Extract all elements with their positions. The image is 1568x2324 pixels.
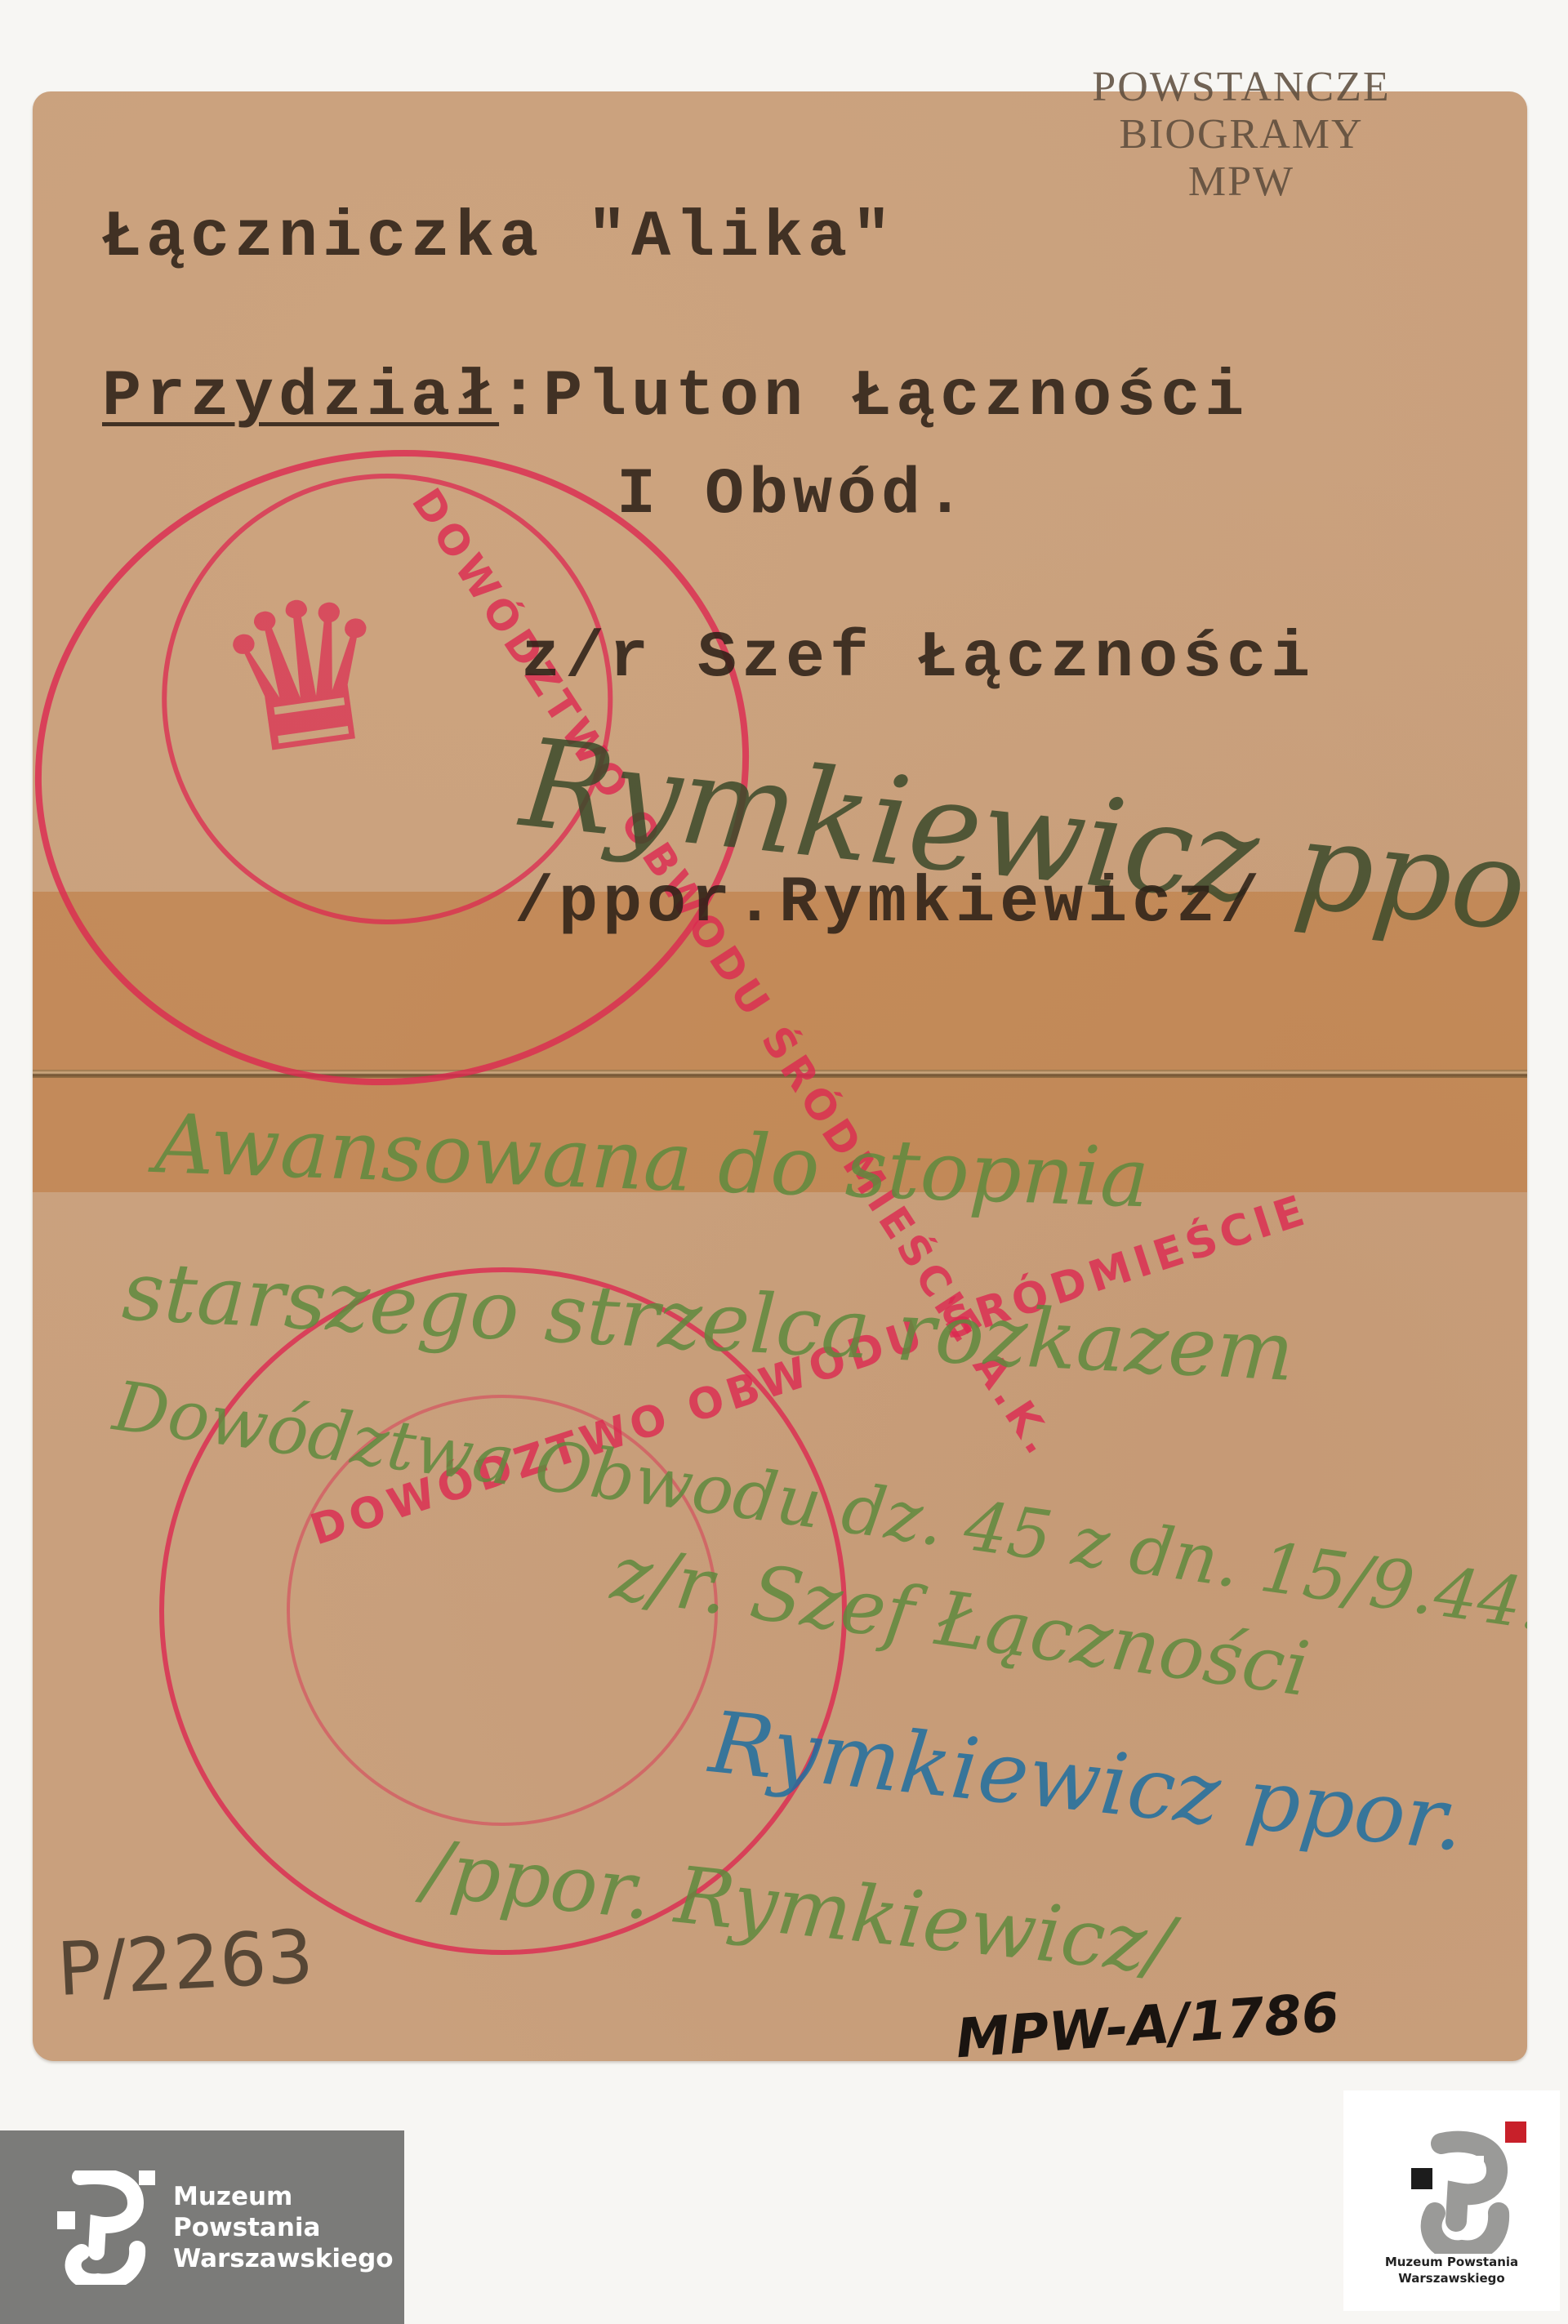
assignment-value: :Pluton Łączności [499, 360, 1249, 434]
signer-role: z/r Szef Łączności [521, 626, 1315, 692]
kotwica-color-logo-icon [1343, 2090, 1560, 2254]
watermark: POWSTANCZE BIOGRAMY MPW [1062, 64, 1421, 206]
logo-right-line-2: Warszawskiego [1343, 2270, 1560, 2286]
watermark-line-2: BIOGRAMY MPW [1062, 111, 1421, 206]
watermark-line-1: POWSTANCZE [1062, 64, 1421, 111]
assignment-line: Przydział:Pluton Łączności [102, 365, 1249, 430]
archive-number: P/2263 [55, 1914, 315, 2013]
title-line: Łączniczka "Alika" [102, 206, 896, 271]
kotwica-logo-icon [57, 2170, 155, 2285]
logo-left-line-3: Warszawskiego [173, 2243, 394, 2274]
logo-left-line-2: Powstania [173, 2212, 394, 2243]
logo-left-line-1: Muzeum [173, 2181, 394, 2212]
document-card: ♛ DOWÓDZTWO OBWODU ŚRÓDMIEŚCIE A.K. DOWÓ… [33, 91, 1527, 2061]
museum-logo-right: Muzeum Powstania Warszawskiego [1343, 2090, 1560, 2311]
handwritten-line-5: Rymkiewicz ppor. [706, 1692, 1469, 1870]
assignment-label: Przydział [102, 360, 499, 434]
handwritten-line-6: /ppor. Rymkiewicz/ [420, 1823, 1177, 1992]
assignment-line-2: I Obwód. [617, 463, 969, 528]
logo-right-line-1: Muzeum Powstania [1343, 2254, 1560, 2270]
inventory-number: MPW-A/1786 [954, 1981, 1341, 2061]
signer-name: /ppor.Rymkiewicz/ [514, 871, 1264, 937]
museum-logo-left: Muzeum Powstania Warszawskiego [0, 2130, 404, 2324]
